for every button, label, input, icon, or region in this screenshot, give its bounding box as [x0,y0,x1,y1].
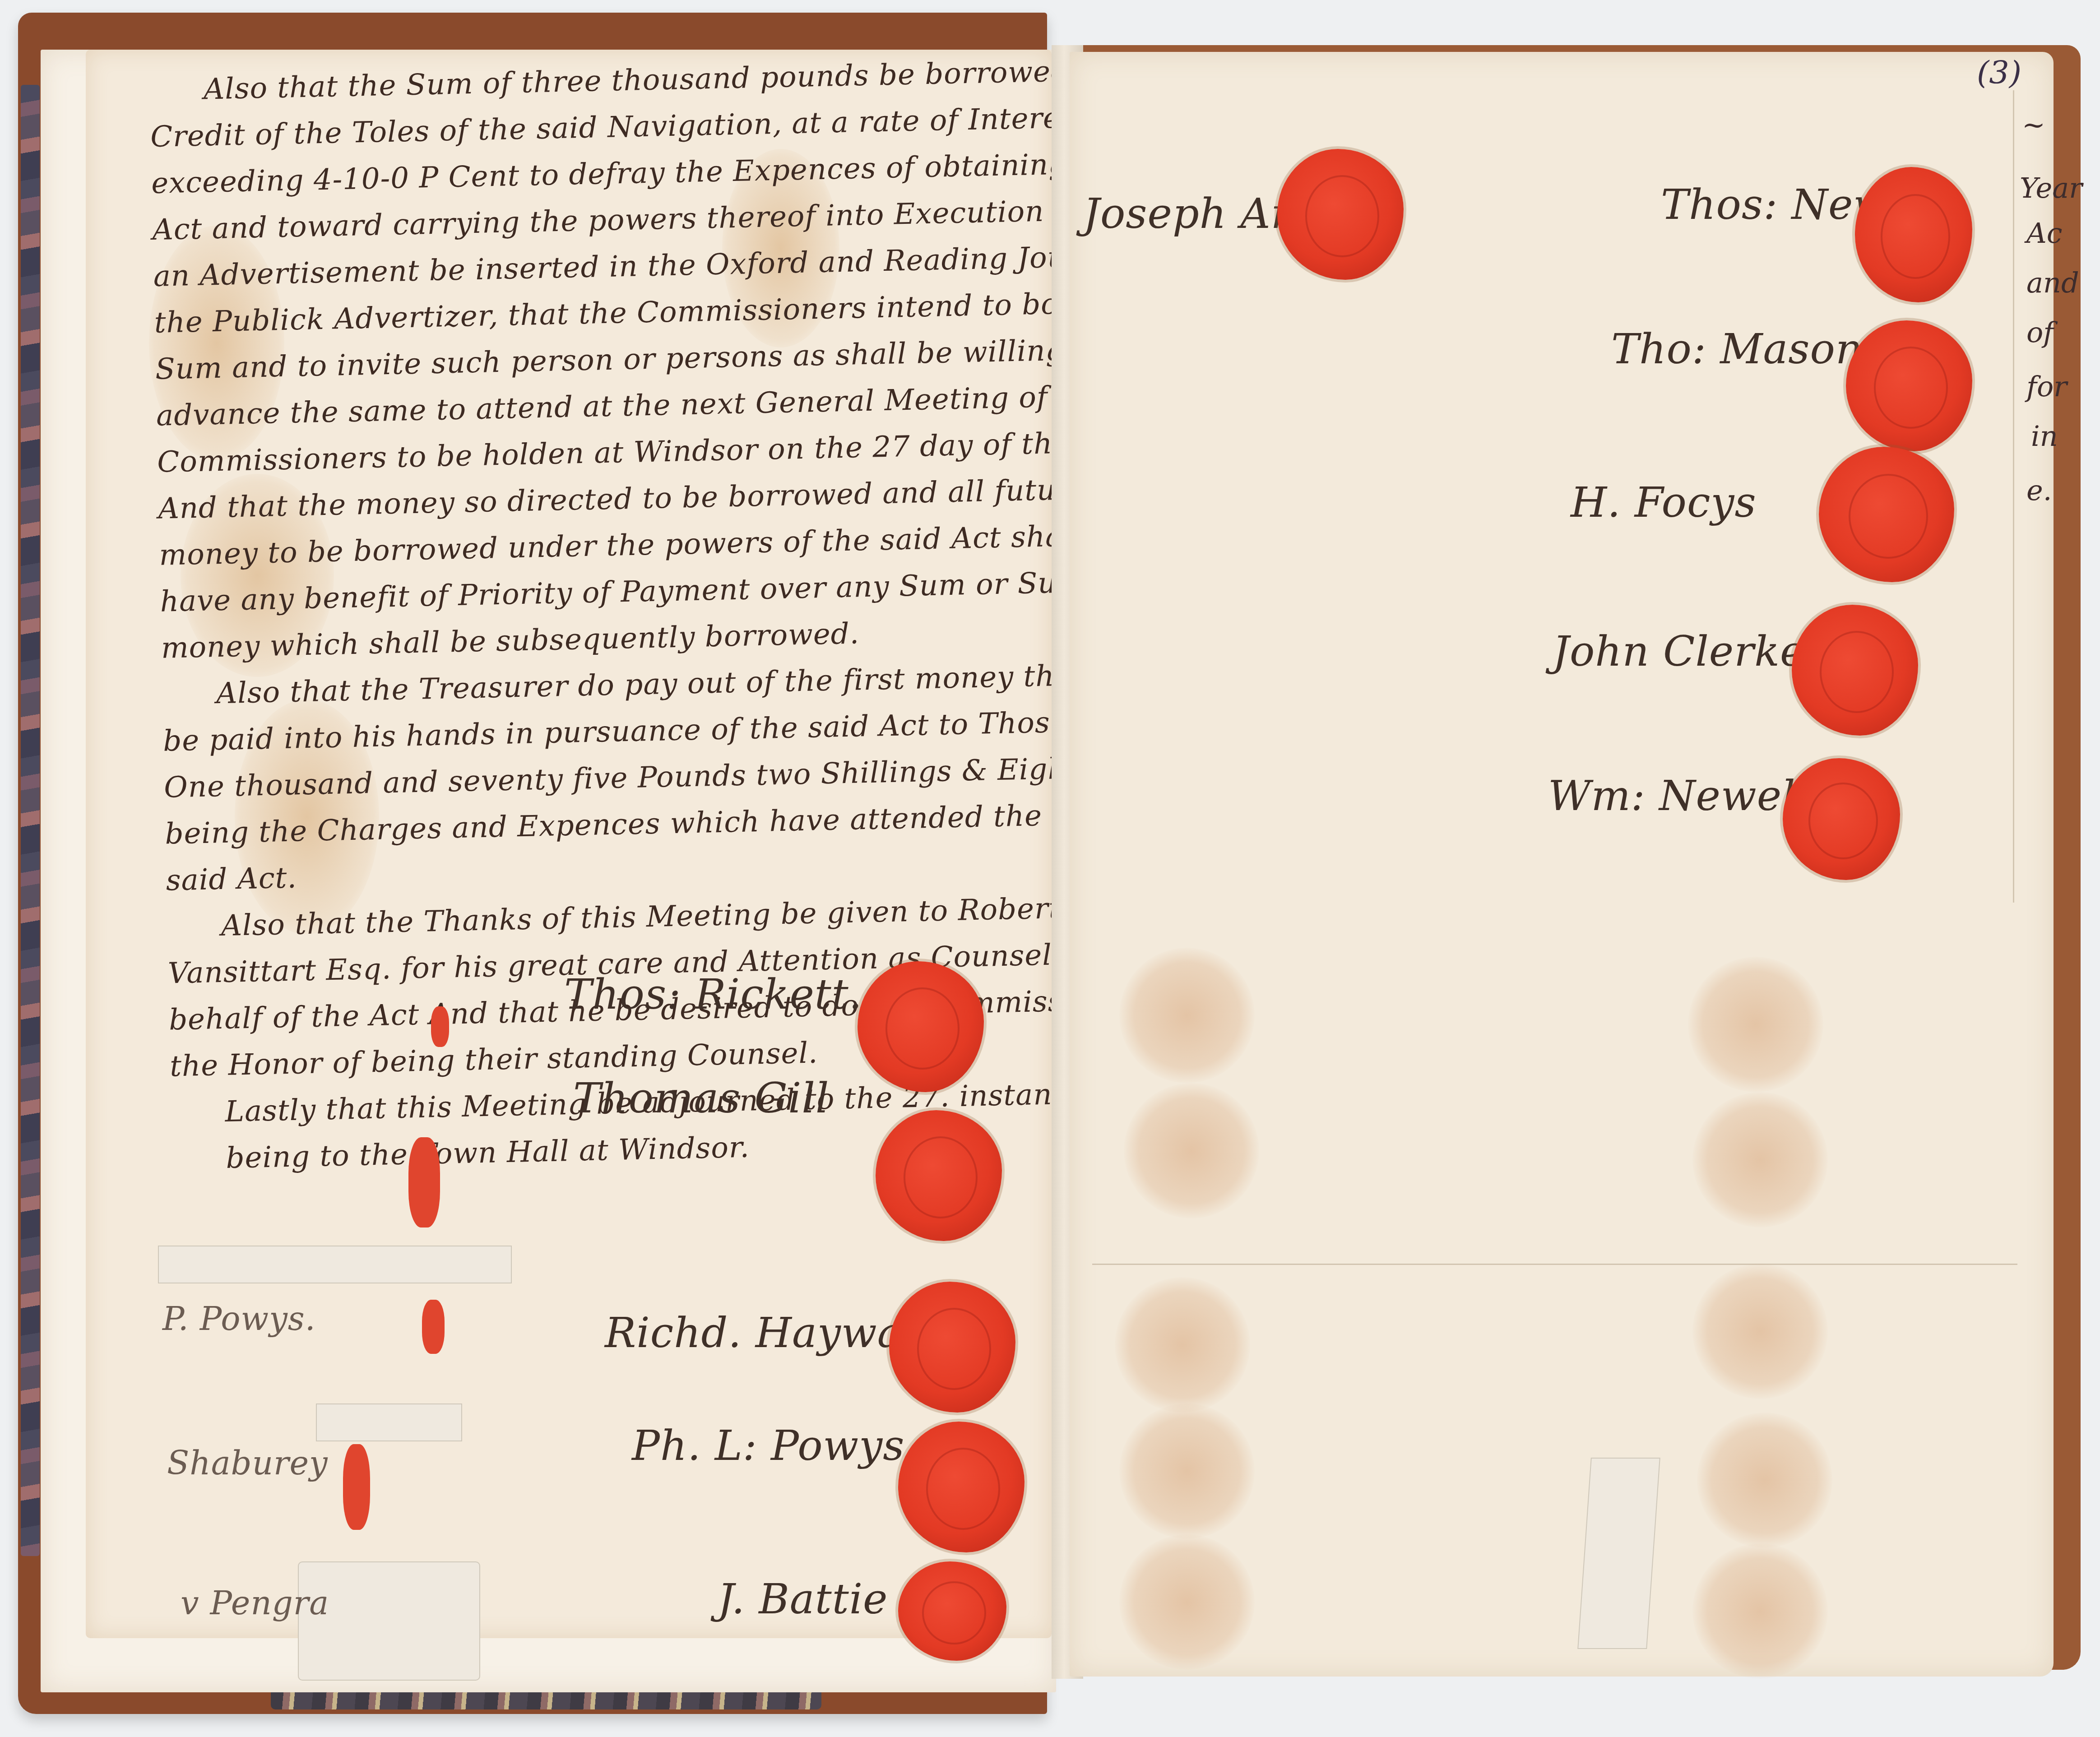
signature-pengra-fragment: v Pengra [181,1584,329,1622]
signature-gill: Thomas Gill [573,1074,829,1122]
margin-text: for [2026,370,2067,403]
signature-powys-fragment: P. Powys. [162,1300,316,1338]
seal-offset-stain [1692,1543,1828,1679]
wax-fragment [408,1137,440,1227]
fold-line [2013,90,2014,903]
seal-offset-stain [1697,1413,1832,1548]
signature-mason: Tho: Mason [1611,325,1863,373]
paper-repair-strip [316,1403,462,1441]
margin-text: of [2026,316,2054,349]
wax-fragment [343,1444,370,1530]
signature-ph-powys: Ph. L: Powys. [632,1422,918,1470]
wax-fragment [422,1300,445,1354]
margin-text: in [2031,420,2058,453]
seal-offset-stain [1692,1264,1828,1399]
seal-offset-stain [1688,957,1823,1092]
margin-text: Ac [2026,217,2063,250]
seal-offset-stain [1692,1092,1828,1227]
seal-offset-stain [1119,1534,1255,1670]
margin-text: and [2026,266,2079,299]
signature-shaburey-fragment: Shaburey [167,1444,328,1482]
signature-focys: H. Focys [1571,478,1757,527]
fold-line [1092,1264,2017,1265]
seal-offset-stain [1115,1277,1250,1413]
margin-text: ~ [2022,108,2045,141]
margin-text: Year [2020,171,2082,204]
signature-wm-newell: Wm: Newell [1548,772,1809,820]
signature-clerke: John Clerke. [1553,627,1819,676]
signature-rickett: Thos: Rickett. [564,970,862,1019]
seal-offset-stain [1119,1403,1255,1539]
page-number: (3) [1977,54,2021,91]
paper-repair-strip [158,1246,512,1283]
margin-text: e. [2026,474,2052,507]
signature-battie: J. Battie [718,1575,888,1623]
wax-fragment [431,1006,449,1047]
paper-repair-patch [1577,1458,1660,1649]
seal-offset-stain [1119,948,1255,1083]
marbled-board-edge [21,85,40,1556]
seal-offset-stain [1124,1083,1259,1218]
